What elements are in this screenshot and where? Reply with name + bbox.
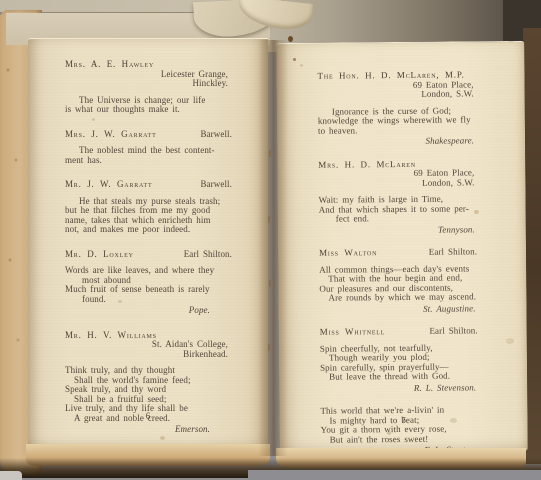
entry-address-line: London, S.W. (318, 89, 492, 100)
page-number: 6 (28, 411, 268, 421)
entry-name: Mr. H. V. Williams (65, 331, 157, 341)
entry-place: Barwell. (200, 180, 234, 190)
quote-line: But leave the thread with God. (320, 371, 494, 382)
quote-line: Are rounds by which we may ascend. (319, 292, 493, 303)
directory-entry: Mrs. A. E. HawleyLeicester Grange,Hinckl… (65, 60, 234, 115)
entry-place: Barwell. (200, 130, 234, 140)
entry-name: Miss Walton (319, 248, 377, 258)
right-page-content: The Hon. H. D. McLaren, M.P.69 Eaton Pla… (276, 42, 528, 453)
foxing-spot (118, 300, 122, 303)
entry-address-line: London, S.W. (318, 178, 492, 189)
entry-header: Mrs. J. W. GarrattBarwell. (65, 130, 234, 140)
foxing-spot (160, 436, 165, 440)
binding-stitch (269, 150, 271, 157)
gutter-shadow (258, 40, 288, 456)
quote-block: Spin cheerfully, not tearfully,Though we… (320, 343, 494, 383)
directory-entry: Mrs. J. W. GarrattBarwell.The noblest mi… (65, 130, 234, 166)
quote-line: is what our thoughts make it. (65, 105, 234, 115)
quote-block: The noblest mind the best content-ment h… (65, 146, 234, 165)
quote-line: fect end. (319, 213, 493, 224)
foxing-spot (387, 431, 391, 435)
quote-line: But ain't the roses sweet! (321, 434, 495, 445)
directory-entry: Mr. J. W. GarrattBarwell.He that steals … (65, 180, 234, 235)
left-page-content: Mrs. A. E. HawleyLeicester Grange,Hinckl… (28, 39, 268, 450)
entry-name: Miss Whitnell (320, 327, 386, 337)
directory-entry: Miss WhitnellEarl Shilton.Spin cheerfull… (320, 326, 495, 394)
quote-line: ment has. (65, 156, 234, 166)
quote-block: The Universe is change; our lifeis what … (65, 96, 234, 115)
background-bottom (248, 470, 541, 480)
entry-header: Miss WaltonEarl Shilton. (319, 247, 493, 258)
quote-attribution: R. L. Stevenson. (320, 383, 494, 394)
left-page: Mrs. A. E. HawleyLeicester Grange,Hinckl… (28, 38, 268, 450)
entry-header: Mr. J. W. GarrattBarwell. (65, 180, 234, 190)
entry-place: Earl Shilton. (429, 326, 493, 336)
quote-block: All common things—each day's eventsThat … (319, 264, 493, 304)
quote-attribution: Tennyson. (319, 225, 493, 236)
quote-attribution: Pope. (65, 306, 234, 316)
quote-block: Words are like leaves, and where theymos… (65, 266, 234, 304)
directory-entry: Miss WaltonEarl Shilton.All common thing… (319, 247, 494, 315)
quote-line: found. (65, 295, 234, 305)
quote-attribution: Shakespeare. (318, 136, 492, 147)
quote-attribution: Emerson. (65, 425, 234, 435)
right-page: The Hon. H. D. McLaren, M.P.69 Eaton Pla… (276, 41, 528, 453)
foxing-spot (506, 338, 514, 344)
directory-entry: Mr. D. LoxleyEarl Shilton.Words are like… (65, 250, 234, 316)
binding-stitch (268, 344, 270, 351)
entry-address-line: Hinckley. (65, 79, 234, 89)
quote-attribution: St. Augustine. (320, 304, 494, 315)
quote-line: not, and makes me poor indeed. (65, 225, 234, 235)
entry-place: Earl Shilton. (429, 247, 493, 257)
foxing-spot (300, 64, 303, 67)
entry-header: Miss WhitnellEarl Shilton. (320, 326, 494, 337)
entry-name: Mrs. A. E. Hawley (65, 60, 154, 70)
entry-name: Mr. D. Loxley (65, 250, 134, 260)
quote-block: Ignorance is the curse of God;knowledge … (318, 106, 492, 136)
binding-stitch (268, 216, 270, 223)
foxing-spot (474, 210, 479, 214)
binding-stitch (269, 280, 271, 287)
directory-entry: The Hon. H. D. McLaren, M.P.69 Eaton Pla… (317, 70, 492, 147)
foxing-spot (92, 118, 95, 121)
directory-entry: Mrs. H. D. McLaren69 Eaton Place,London,… (318, 159, 493, 236)
entry-name: Mr. J. W. Garratt (65, 180, 152, 190)
paper-speck (288, 36, 293, 42)
quote-block: Wait: my faith is large in Time,And that… (319, 194, 493, 224)
entry-address-line: Birkenhead. (65, 350, 234, 360)
book-scan: Mrs. A. E. HawleyLeicester Grange,Hinckl… (0, 0, 541, 480)
foxing-spot (450, 418, 457, 423)
entry-name: Mrs. J. W. Garratt (65, 130, 157, 140)
entry-place: Earl Shilton. (184, 250, 234, 260)
quote-block: He that steals my purse steals trash;but… (65, 197, 234, 235)
paper-speck (293, 58, 296, 61)
entry-header: Mr. D. LoxleyEarl Shilton. (65, 250, 234, 260)
background-bottom-corner (0, 471, 22, 480)
quote-line: to heaven. (318, 125, 492, 136)
